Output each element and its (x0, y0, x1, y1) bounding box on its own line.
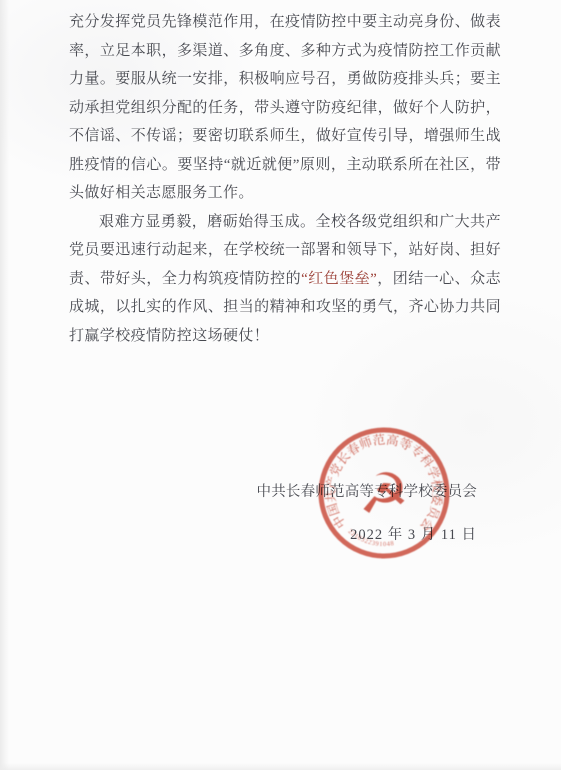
hammer-and-sickle-icon: ☭ (359, 462, 409, 527)
red-fortress-phrase: “红色堡垒” (301, 271, 377, 287)
official-red-seal: 中国共产党长春师范高等专科学校委员会 ☭ 2210322391048 (304, 413, 464, 573)
paragraph-2: 艰难方显勇毅，磨砺始得玉成。全校各级党组织和广大共产党员要迅速行动起来，在学校统… (69, 208, 501, 351)
paragraph-1-text: 充分发挥党员先锋模范作用，在疫情防控中要主动亮身份、做表率，立足本职，多渠道、多… (69, 14, 501, 201)
scanned-document-page: 充分发挥党员先锋模范作用，在疫情防控中要主动亮身份、做表率，立足本职，多渠道、多… (0, 0, 561, 770)
document-body: 充分发挥党员先锋模范作用，在疫情防控中要主动亮身份、做表率，立足本职，多渠道、多… (69, 8, 501, 350)
scan-edge-shadow-left (0, 0, 9, 770)
scan-edge-shadow-bottom (0, 763, 561, 770)
seal-serial-container: 2210322391048 (347, 528, 395, 548)
seal-serial-number: 2210322391048 (347, 528, 395, 548)
paragraph-1: 充分发挥党员先锋模范作用，在疫情防控中要主动亮身份、做表率，立足本职，多渠道、多… (69, 8, 501, 208)
